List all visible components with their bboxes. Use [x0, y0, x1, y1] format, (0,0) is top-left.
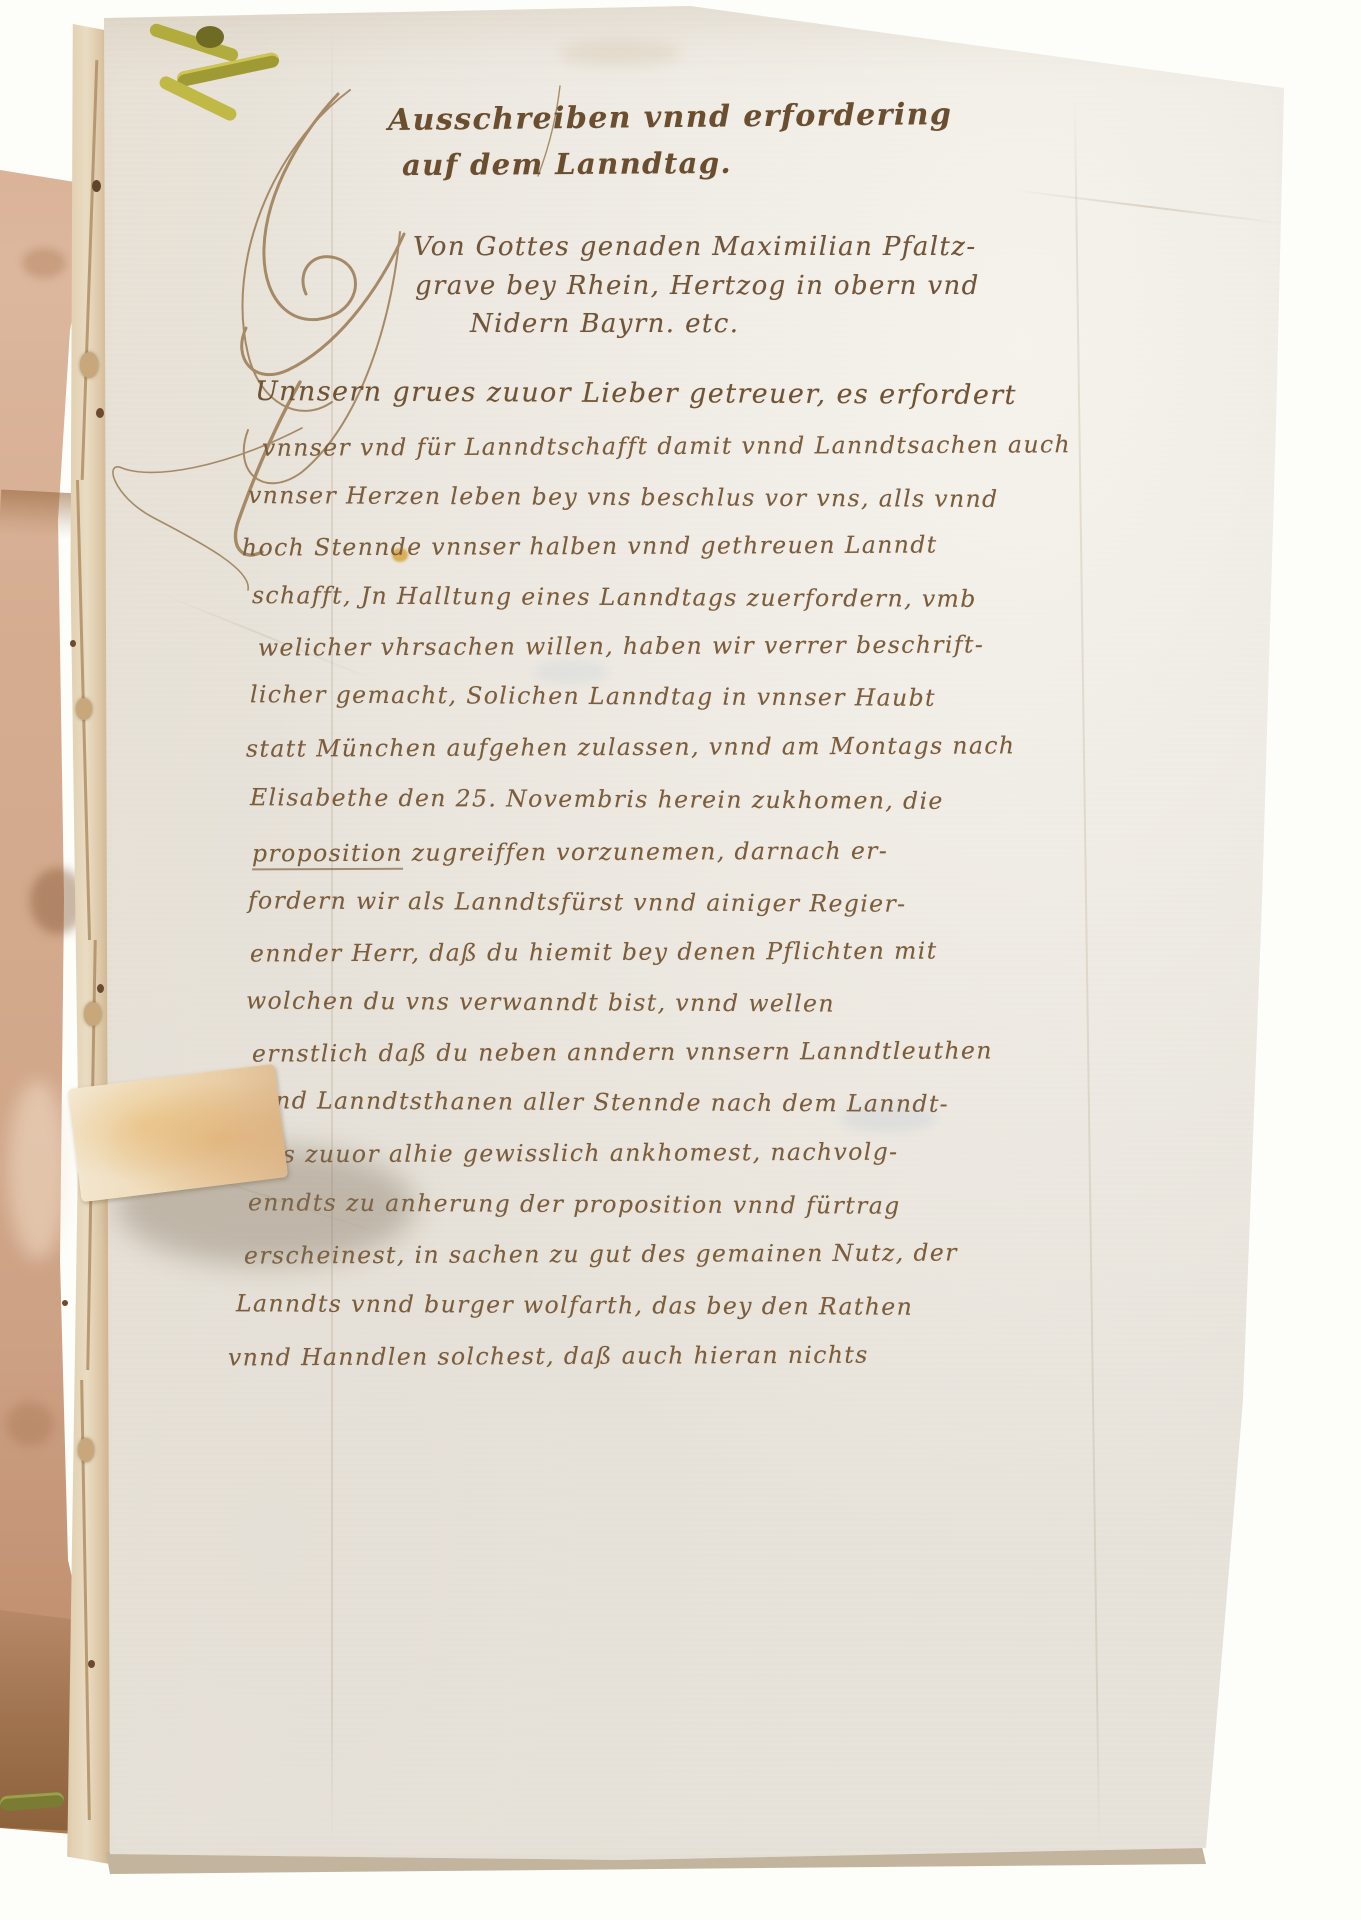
binding-speck — [88, 1660, 95, 1668]
binding-speck — [96, 408, 104, 418]
body-line: Lanndts vnnd burger wolfarth, das bey de… — [236, 1289, 913, 1321]
heading-line-2: auf dem Lanndtag. — [402, 146, 732, 182]
underlined-word: proposition — [252, 839, 403, 871]
binding-knot — [84, 1002, 101, 1026]
binding-speck — [70, 640, 76, 647]
heading-line-1: Ausschreiben vnnd erfordering — [388, 97, 953, 138]
body-line: vnnser vnd für Lanndtschafft damit vnnd … — [262, 430, 1071, 462]
cover-stain — [22, 248, 66, 278]
body-line: fordern wir als Lanndtsfürst vnnd ainige… — [248, 886, 907, 917]
cover-highlight — [8, 1080, 68, 1260]
manuscript-page: Ausschreiben vnnd erfordering auf dem La… — [0, 0, 1361, 1920]
body-line: Elisabethe den 25. Novembris herein zukh… — [250, 783, 944, 815]
body-line: vnnd Lanndtsthanen aller Stennde nach de… — [244, 1086, 949, 1118]
binding-knot — [78, 1438, 94, 1462]
body-line: hoch Stennde vnnser halben vnnd gethreue… — [242, 530, 938, 561]
body-line: licher gemacht, Solichen Lanndtag in vnn… — [250, 680, 936, 712]
body-line-rest: zugreiffen vorzunemen, darnach er- — [403, 837, 888, 867]
photo-manuscript-page: Ausschreiben vnnd erfordering auf dem La… — [0, 0, 1361, 1920]
binding-speck — [62, 1300, 68, 1306]
binding-thread-knot — [196, 26, 224, 48]
binding-knot — [80, 352, 98, 378]
body-line: ennder Herr, daß du hiemit bey denen Pfl… — [250, 937, 938, 968]
salutation-line-1: Von Gottes genaden Maximilian Pfaltz- — [413, 232, 977, 262]
body-line: vnnser Herzen leben bey vns beschlus vor… — [248, 481, 999, 513]
body-line: wolchen du vns verwanndt bist, vnnd well… — [246, 986, 835, 1017]
body-line: welicher vhrsachen willen, haben wir ver… — [258, 630, 984, 661]
body-line: statt München aufgehen zulassen, vnnd am… — [246, 731, 1016, 762]
salutation-line-2: grave bey Rhein, Hertzog in obern vnd — [415, 271, 980, 301]
body-line: vnnd Hanndlen solchest, daß auch hieran … — [228, 1341, 869, 1372]
body-line: Unnsern grues zuuor Lieber getreuer, es … — [255, 376, 1017, 411]
binding-knot — [76, 698, 92, 720]
body-line: ernstlich daß du neben anndern vnnsern L… — [252, 1036, 993, 1067]
cover-stain — [6, 1402, 54, 1446]
body-line-proposition: proposition zugreiffen vorzunemen, darna… — [252, 837, 888, 868]
body-line: schafft, Jn Halltung eines Lanndtags zue… — [252, 581, 977, 613]
salutation-line-3: Nidern Bayrn. etc. — [470, 309, 739, 339]
binding-speck — [92, 180, 101, 192]
binding-speck — [97, 984, 104, 993]
